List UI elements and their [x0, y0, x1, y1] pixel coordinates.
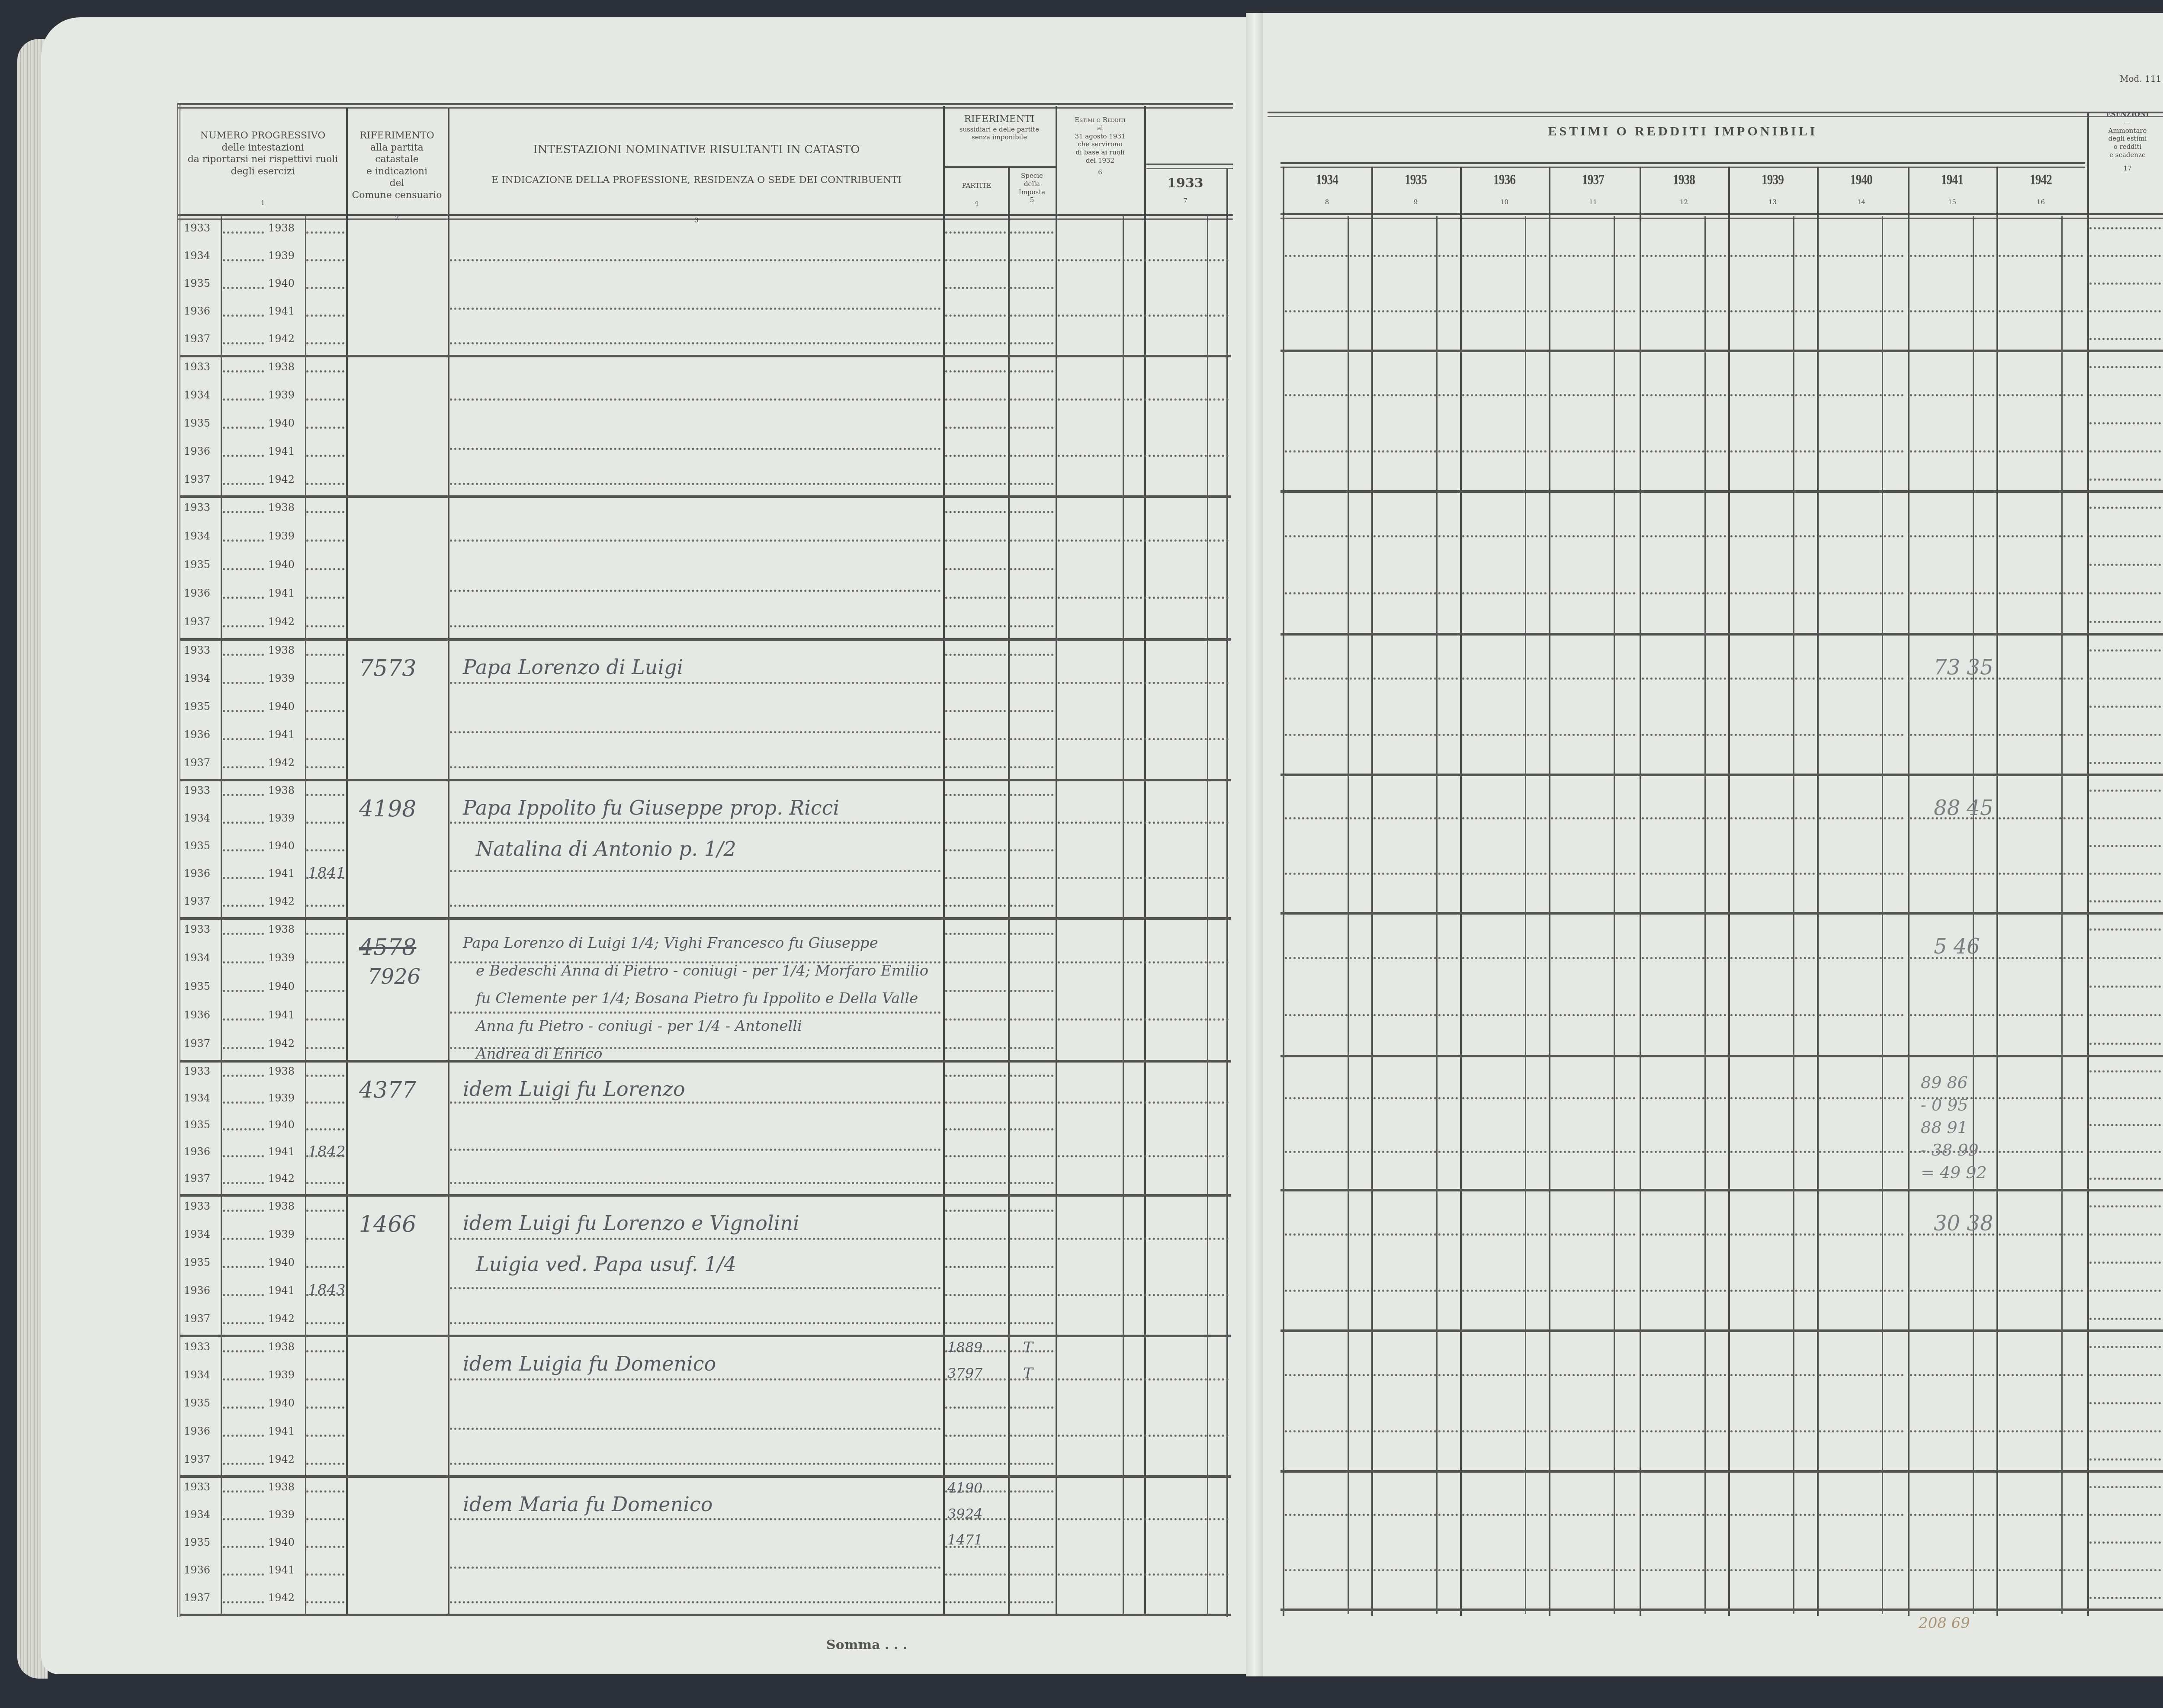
row-dots — [945, 398, 1006, 401]
row-dots — [1285, 1233, 1369, 1236]
header-col6-num: 6 — [1057, 168, 1143, 177]
row-year-left: 1937 — [184, 473, 210, 485]
row-dots — [223, 766, 264, 768]
block-separator — [180, 1060, 1231, 1063]
row-dots — [223, 794, 264, 796]
row-dots — [1010, 1210, 1053, 1212]
name-line — [450, 1287, 941, 1289]
row-dots — [1010, 597, 1053, 599]
row-dots — [306, 1435, 344, 1437]
col-subdivider — [2061, 216, 2063, 1614]
row-year-left: 1937 — [184, 757, 210, 769]
row-dots — [1642, 255, 1726, 257]
row-year-left: 1936 — [184, 1564, 210, 1576]
header-col2: RIFERIMENTO alla partita catastale e ind… — [348, 130, 446, 222]
row-dots — [1730, 255, 1815, 257]
row-dots — [1058, 1573, 1229, 1576]
row-year-left: 1935 — [184, 417, 210, 429]
row-dots — [1010, 483, 1053, 485]
row-dots — [223, 1518, 264, 1520]
row-dots — [1730, 1014, 1815, 1016]
row-dots — [1999, 817, 2083, 819]
row-year-right: 1940 — [268, 1536, 295, 1548]
row-year-left: 1933 — [184, 361, 210, 373]
row-dots — [306, 287, 344, 289]
year-header: 194115 — [1908, 171, 1996, 206]
row-dots — [945, 933, 1006, 935]
row-dots — [945, 1101, 1006, 1104]
row-dots — [1910, 450, 1994, 453]
row-dots — [1551, 1014, 1635, 1016]
row-dots — [2089, 1430, 2163, 1432]
year-header: 193913 — [1728, 171, 1817, 206]
row-dots — [306, 905, 344, 907]
row-dots — [1010, 1128, 1053, 1130]
header-col1-num: 1 — [182, 199, 344, 207]
entry-reference: 7573 — [359, 655, 416, 681]
row-dots — [1010, 961, 1053, 963]
row-dots — [1819, 1233, 1903, 1236]
entry-specie: T — [1023, 1365, 1033, 1382]
row-dots — [945, 1075, 1006, 1077]
estimi-title-rule — [1280, 162, 2085, 168]
name-line — [450, 1011, 941, 1014]
header-col4-num: 4 — [945, 199, 1008, 208]
row-dots — [306, 990, 344, 992]
header-col2-line: del — [348, 177, 446, 189]
row-dots — [945, 231, 1006, 234]
row-year-right: 1942 — [268, 473, 295, 485]
row-dots — [1285, 1430, 1369, 1432]
row-year-left: 1936 — [184, 587, 210, 599]
row-dots — [1285, 310, 1369, 312]
row-dots — [223, 1238, 264, 1240]
row-dots — [306, 1075, 344, 1077]
row-year-right: 1942 — [268, 333, 295, 345]
header-col5: Specie della Imposta 5 — [1009, 172, 1055, 204]
header-col17: ESENZIONI — Ammontare degli estimi o red… — [2089, 110, 2163, 172]
row-dots — [1999, 1290, 2083, 1292]
row-dots — [1374, 734, 1458, 736]
entry-1941-calc-line: 89 86 — [1921, 1073, 1968, 1092]
col-divider — [1283, 167, 1284, 1616]
sum-label: Somma . . . — [826, 1637, 907, 1653]
row-dots — [1374, 1290, 1458, 1292]
row-dots — [1010, 1075, 1053, 1077]
row-dots — [1462, 310, 1547, 312]
block-separator — [180, 355, 1231, 357]
header-col17-dash: — — [2089, 119, 2163, 127]
row-dots — [1642, 1374, 1726, 1376]
row-dots — [945, 483, 1006, 485]
row-dots — [306, 710, 344, 712]
row-dots — [1551, 957, 1635, 959]
name-line — [450, 483, 941, 485]
row-year-right: 1938 — [268, 1065, 295, 1077]
row-dots — [945, 1018, 1006, 1021]
row-dots — [306, 231, 344, 234]
row-dots — [1819, 677, 1903, 680]
row-dots — [1910, 592, 1994, 594]
row-year-right: 1941 — [268, 587, 295, 599]
row-dots — [223, 1490, 264, 1493]
row-dots — [2089, 734, 2163, 736]
row-dots — [2089, 845, 2163, 847]
name-line — [450, 870, 941, 872]
entry-name-line: Anna fu Pietro - coniugi - per 1/4 - Ant… — [476, 1018, 802, 1035]
row-dots — [223, 933, 264, 935]
row-dots — [1730, 1430, 1815, 1432]
row-dots — [1010, 1266, 1053, 1268]
row-year-right: 1942 — [268, 616, 295, 628]
row-dots — [306, 1350, 344, 1352]
name-line — [450, 1463, 941, 1465]
row-dots — [1730, 1569, 1815, 1571]
entry-1941-value: 30 38 — [1934, 1211, 1993, 1236]
row-dots — [2089, 1402, 2163, 1404]
row-dots — [306, 511, 344, 513]
row-dots — [306, 1406, 344, 1409]
row-year-left: 1937 — [184, 1592, 210, 1604]
row-dots — [2089, 762, 2163, 764]
entry-name-line: fu Clemente per 1/4; Bosana Pietro fu Ip… — [476, 990, 918, 1007]
row-dots — [1010, 455, 1053, 457]
row-dots — [1058, 1101, 1229, 1104]
row-dots — [1374, 1014, 1458, 1016]
row-dots — [1285, 873, 1369, 875]
row-dots — [945, 738, 1006, 740]
row-dots — [945, 1573, 1006, 1576]
row-dots — [1551, 734, 1635, 736]
col-subdivider — [1614, 216, 1615, 1614]
row-dots — [1730, 734, 1815, 736]
row-dots — [1010, 511, 1053, 513]
row-dots — [1285, 817, 1369, 819]
row-dots — [223, 1601, 264, 1603]
row-dots — [1819, 1430, 1903, 1432]
col-divider — [1549, 167, 1550, 1616]
row-year-right: 1941 — [268, 305, 295, 317]
row-dots — [1285, 535, 1369, 537]
row-dots — [1730, 394, 1815, 396]
row-dots — [1010, 398, 1053, 401]
row-dots — [1910, 255, 1994, 257]
row-year-right: 1938 — [268, 1481, 295, 1493]
block-separator — [1280, 633, 2163, 636]
row-dots — [2089, 1597, 2163, 1599]
row-dots — [1010, 849, 1053, 851]
row-dots — [306, 1128, 344, 1130]
header-col7-num: 7 — [1146, 197, 1224, 205]
row-dots — [1058, 597, 1229, 599]
row-year-left: 1934 — [184, 389, 210, 401]
row-dots — [1730, 450, 1815, 453]
row-dots — [1730, 957, 1815, 959]
name-line — [450, 1567, 941, 1569]
row-year-right: 1941 — [268, 867, 295, 880]
row-year-right: 1940 — [268, 417, 295, 429]
row-dots — [2089, 422, 2163, 424]
row-year-right: 1941 — [268, 729, 295, 741]
col-divider — [346, 108, 348, 1614]
row-dots — [1730, 535, 1815, 537]
row-dots — [2089, 366, 2163, 368]
header-col7-year: 1933 — [1146, 175, 1224, 192]
row-dots — [945, 905, 1006, 907]
header-col6: Estimi o Redditi al 31 agosto 1931 che s… — [1057, 116, 1143, 176]
row-dots — [1285, 1151, 1369, 1153]
row-dots — [2089, 706, 2163, 708]
row-dots — [2089, 1043, 2163, 1045]
col-subdivider — [1348, 216, 1349, 1614]
row-dots — [306, 1018, 344, 1021]
entry-partita: 1471 — [947, 1531, 982, 1548]
row-year-right: 1942 — [268, 1592, 295, 1604]
row-year-left: 1933 — [184, 222, 210, 234]
header-col6-line: 31 agosto 1931 — [1057, 132, 1143, 141]
row-dots — [1999, 535, 2083, 537]
row-dots — [223, 1266, 264, 1268]
row-dots — [2089, 677, 2163, 680]
row-dots — [223, 1463, 264, 1465]
col-divider — [1996, 167, 1998, 1616]
name-line — [450, 1101, 941, 1104]
row-year-right: 1938 — [268, 501, 295, 514]
row-dots — [945, 568, 1006, 570]
header-col3: INTESTAZIONI NOMINATIVE RISULTANTI IN CA… — [450, 143, 943, 225]
row-dots — [1642, 957, 1726, 959]
entry-side-number: 1843 — [308, 1281, 346, 1299]
row-dots — [1010, 682, 1053, 684]
row-dots — [1910, 1514, 1994, 1516]
row-dots — [223, 427, 264, 429]
entry-name-line: Natalina di Antonio p. 1/2 — [476, 837, 736, 860]
row-dots — [1285, 957, 1369, 959]
col-divider — [1908, 167, 1909, 1616]
row-dots — [223, 370, 264, 372]
row-dots — [1819, 1514, 1903, 1516]
year-header: 193812 — [1640, 171, 1728, 206]
row-dots — [1010, 1101, 1053, 1104]
row-dots — [1730, 817, 1815, 819]
row-year-right: 1939 — [268, 952, 295, 964]
row-year-left: 1935 — [184, 277, 210, 289]
row-dots — [1999, 310, 2083, 312]
row-dots — [223, 1573, 264, 1576]
col-subdivider — [1123, 216, 1124, 1614]
row-year-right: 1941 — [268, 1284, 295, 1297]
row-year-right: 1941 — [268, 1009, 295, 1021]
row-dots — [223, 1182, 264, 1184]
name-line — [450, 625, 941, 627]
header-col6-line: che servirono — [1057, 140, 1143, 148]
entry-name-line: idem Maria fu Domenico — [463, 1493, 712, 1516]
row-dots — [1551, 535, 1635, 537]
row-dots — [1551, 817, 1635, 819]
row-dots — [223, 710, 264, 712]
row-dots — [1010, 794, 1053, 796]
row-dots — [1058, 682, 1229, 684]
row-year-left: 1934 — [184, 250, 210, 262]
row-dots — [1374, 1569, 1458, 1571]
row-dots — [1285, 1290, 1369, 1292]
row-dots — [2089, 564, 2163, 566]
row-dots — [1010, 990, 1053, 992]
row-dots — [2089, 873, 2163, 875]
row-dots — [2089, 338, 2163, 340]
row-dots — [1551, 1290, 1635, 1292]
row-dots — [306, 1378, 344, 1381]
row-year-right: 1942 — [268, 1453, 295, 1465]
row-dots — [1010, 259, 1053, 261]
row-dots — [1819, 873, 1903, 875]
row-dots — [1058, 1518, 1229, 1520]
row-dots — [1819, 1097, 1903, 1099]
row-year-left: 1933 — [184, 501, 210, 514]
row-dots — [1010, 1601, 1053, 1603]
year-header-num: 8 — [1283, 198, 1371, 206]
row-dots — [2089, 592, 2163, 594]
row-year-left: 1937 — [184, 1172, 210, 1185]
row-dots — [1819, 450, 1903, 453]
header-col17-line: o redditi — [2089, 143, 2163, 151]
row-dots — [1285, 1569, 1369, 1571]
row-year-left: 1933 — [184, 1065, 210, 1077]
header-col45-line: senza imponibile — [945, 133, 1053, 141]
row-dots — [1010, 1155, 1053, 1157]
entry-partita: 4190 — [947, 1480, 982, 1496]
row-dots — [1642, 535, 1726, 537]
row-dots — [945, 1406, 1006, 1409]
row-dots — [306, 427, 344, 429]
row-dots — [223, 1435, 264, 1437]
col-divider — [448, 108, 449, 1614]
row-dots — [306, 1601, 344, 1603]
row-dots — [1551, 1569, 1635, 1571]
row-dots — [1462, 1374, 1547, 1376]
block-separator — [180, 1194, 1231, 1197]
row-year-left: 1935 — [184, 840, 210, 852]
entry-partita: 3924 — [947, 1506, 982, 1522]
row-dots — [1374, 394, 1458, 396]
row-dots — [223, 1406, 264, 1409]
col-subdivider — [1207, 216, 1208, 1614]
row-dots — [1010, 1322, 1053, 1324]
row-year-left: 1933 — [184, 1341, 210, 1353]
row-dots — [223, 990, 264, 992]
row-year-left: 1935 — [184, 1536, 210, 1548]
header-col45: RIFERIMENTI sussidiari e delle partite s… — [945, 113, 1053, 141]
row-dots — [945, 1182, 1006, 1184]
row-year-left: 1937 — [184, 1037, 210, 1050]
row-dots — [306, 342, 344, 344]
row-year-right: 1938 — [268, 644, 295, 656]
row-dots — [945, 1463, 1006, 1465]
row-dots — [1010, 315, 1053, 317]
name-line — [450, 1182, 941, 1184]
row-dots — [306, 1047, 344, 1049]
row-dots — [1010, 738, 1053, 740]
row-dots — [1642, 1151, 1726, 1153]
row-dots — [2089, 1346, 2163, 1348]
header-col3-subtitle: E INDICAZIONE DELLA PROFESSIONE, RESIDEN… — [450, 174, 943, 186]
row-dots — [1642, 1290, 1726, 1292]
row-year-left: 1937 — [184, 1453, 210, 1465]
row-dots — [1642, 873, 1726, 875]
row-dots — [1010, 933, 1053, 935]
col-divider — [1008, 167, 1010, 1616]
row-dots — [1010, 287, 1053, 289]
row-dots — [945, 794, 1006, 796]
row-dots — [1462, 1514, 1547, 1516]
entry-1941-value: 5 46 — [1934, 934, 1980, 959]
row-dots — [1999, 1514, 2083, 1516]
row-year-left: 1934 — [184, 1228, 210, 1240]
row-dots — [223, 1075, 264, 1077]
col-divider — [1640, 167, 1641, 1616]
row-dots — [1551, 394, 1635, 396]
header-col7-rule — [1146, 164, 1233, 169]
row-dots — [1462, 1290, 1547, 1292]
row-dots — [223, 1155, 264, 1157]
row-dots — [2089, 621, 2163, 623]
row-dots — [1010, 370, 1053, 372]
row-year-right: 1942 — [268, 1313, 295, 1325]
header-col5-line: Imposta — [1009, 188, 1055, 196]
header-col45-title: RIFERIMENTI — [945, 113, 1053, 125]
row-dots — [306, 1463, 344, 1465]
row-dots — [2089, 227, 2163, 229]
entry-name-line: e Bedeschi Anna di Pietro - coniugi - pe… — [476, 962, 928, 979]
row-dots — [945, 342, 1006, 344]
block-separator — [1280, 1055, 2163, 1057]
row-year-left: 1933 — [184, 1200, 210, 1212]
row-dots — [1010, 1018, 1053, 1021]
header-col2-num: 2 — [348, 214, 446, 222]
row-dots — [1819, 1151, 1903, 1153]
row-dots — [1642, 310, 1726, 312]
row-dots — [1642, 1233, 1726, 1236]
name-line — [450, 1428, 941, 1430]
row-dots — [223, 568, 264, 570]
row-year-left: 1934 — [184, 1509, 210, 1521]
row-dots — [1910, 310, 1994, 312]
row-dots — [1910, 1374, 1994, 1376]
row-dots — [1058, 877, 1229, 879]
row-dots — [945, 654, 1006, 656]
row-dots — [1910, 394, 1994, 396]
entry-name-line: Papa Ippolito fu Giuseppe prop. Ricci — [463, 796, 839, 819]
row-dots — [1058, 1378, 1229, 1381]
header-col1-title: NUMERO PROGRESSIVO — [182, 130, 344, 142]
row-dots — [945, 961, 1006, 963]
year-header-num: 15 — [1908, 198, 1996, 206]
row-year-left: 1934 — [184, 1092, 210, 1104]
entry-name-line: Papa Lorenzo di Luigi — [463, 655, 683, 679]
block-separator — [180, 917, 1231, 920]
name-line — [450, 1149, 941, 1151]
header-col5-line: Specie — [1009, 172, 1055, 180]
row-dots — [2089, 1124, 2163, 1126]
row-dots — [1730, 677, 1815, 680]
row-dots — [223, 287, 264, 289]
row-year-left: 1935 — [184, 1397, 210, 1409]
row-dots — [306, 370, 344, 372]
row-year-right: 1941 — [268, 1425, 295, 1437]
name-line — [450, 1518, 941, 1520]
row-dots — [306, 568, 344, 570]
row-dots — [306, 682, 344, 684]
